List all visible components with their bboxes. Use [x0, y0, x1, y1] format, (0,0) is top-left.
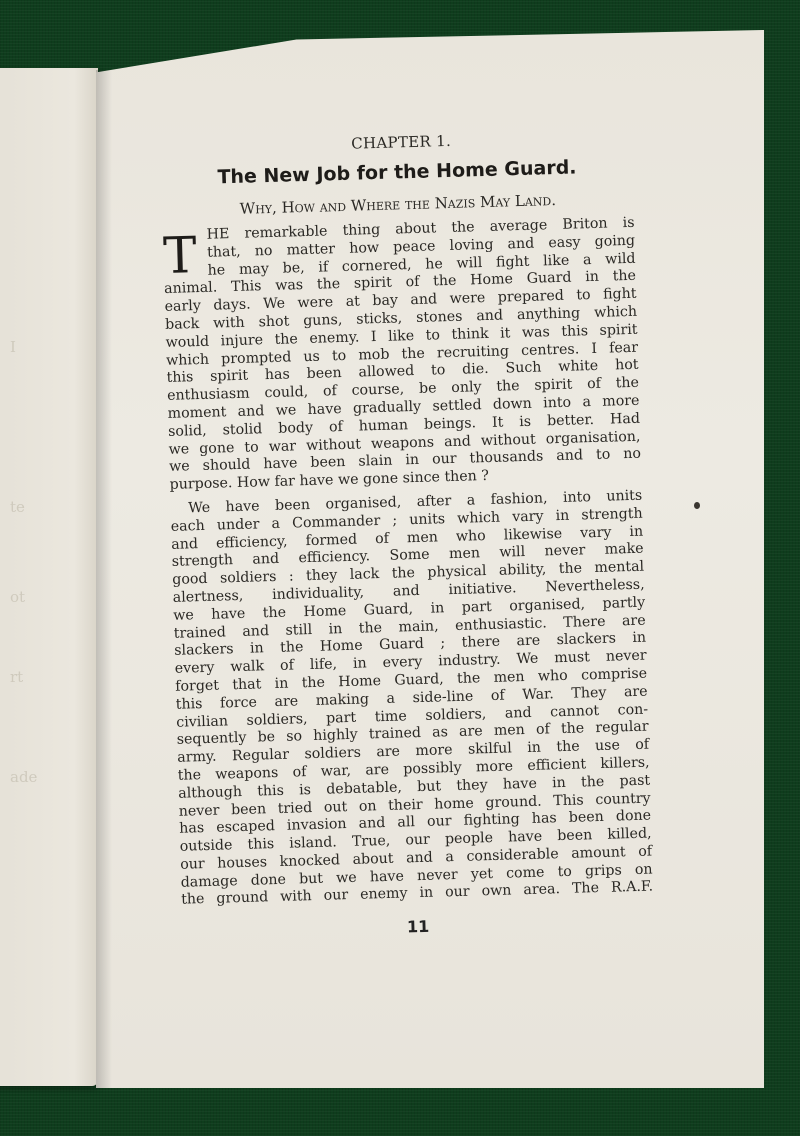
ghost-text: rt: [10, 668, 23, 686]
ghost-text: te: [10, 498, 25, 516]
left-page: I te ot rt ade: [0, 68, 98, 1086]
chapter-title: The New Job for the Home Guard.: [161, 155, 633, 190]
book-gutter-shadow: [96, 70, 112, 1088]
paper-speck: [694, 502, 700, 509]
paragraph-2: We have been organised, after a fashion,…: [170, 488, 653, 910]
ghost-text: ade: [10, 768, 37, 786]
drop-cap: T: [163, 230, 198, 281]
chapter-subtitle: Why, How and Where the Nazis May Land.: [162, 189, 634, 220]
page-content: CHAPTER 1. The New Job for the Home Guar…: [160, 127, 654, 943]
ghost-text: ot: [10, 588, 25, 606]
ghost-text: I: [10, 338, 16, 356]
paragraph-1: T HE remarkable thing about the average …: [162, 215, 641, 495]
